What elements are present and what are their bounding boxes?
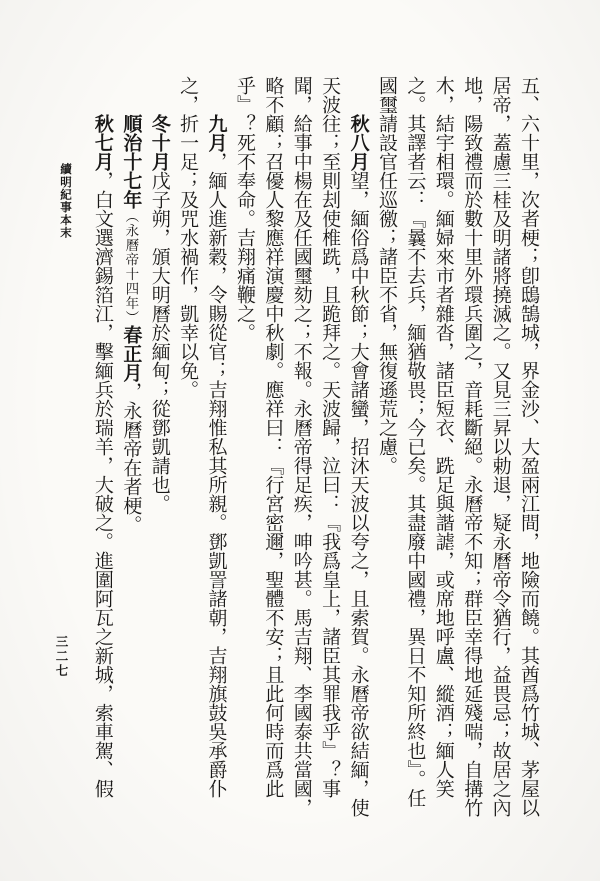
paragraph-shunzhi-17th-year: 順治十七年（永曆帝十四年）春正月，永曆帝在者梗。 [116, 76, 144, 826]
paragraph-text: 望，緬俗爲中秋節；大會諸蠻，招沐天波以夸之，且索賀。永曆帝欲結緬，使天波往；至則… [234, 76, 369, 817]
date-heading: 春正月 [120, 325, 141, 382]
book-page: 續明紀事本末 三二七 五、六十里，次者梗；卽鴟鵠城，界金沙、大盈兩江間，地險而饒… [0, 0, 600, 881]
date-heading: 九月 [206, 114, 227, 152]
date-heading: 冬十月 [149, 114, 170, 171]
page-number: 三二七 [51, 635, 71, 679]
text-block: 五、六十里，次者梗；卽鴟鵠城，界金沙、大盈兩江間，地險而饒。其酋爲竹城、茅屋以居… [88, 76, 543, 826]
paragraph-text: 戊子朔，頒大明曆於緬甸；從鄧凱請也。 [149, 171, 170, 513]
era-note: （永曆帝十四年） [123, 209, 138, 325]
date-heading: 秋七月 [92, 114, 113, 171]
date-heading: 秋八月 [348, 114, 369, 171]
era-heading: 順治十七年 [120, 114, 141, 209]
paragraph-text: ，永曆帝在者梗。 [120, 382, 141, 534]
paragraph-continuation: 五、六十里，次者梗；卽鴟鵠城，界金沙、大盈兩江間，地險而饒。其酋爲竹城、茅屋以居… [372, 76, 542, 826]
paragraph-autumn-7th-month: 秋七月，白文選濟錫箔江，擊緬兵於瑞羊，大破之。進圍阿瓦之新城，索車駕、假 [88, 76, 116, 826]
paragraph-text: ，白文選濟錫箔江，擊緬兵於瑞羊，大破之。進圍阿瓦之新城，索車駕、假 [92, 171, 113, 798]
running-title: 續明紀事本末 [54, 163, 76, 239]
paragraph-text: ，緬人進新穀，令賜從官；吉翔惟私其所親。鄧凱詈諸朝，吉翔旗鼓吳承爵仆之，折一足；… [177, 76, 226, 798]
paragraph-winter-10th-month: 冬十月戊子朔，頒大明曆於緬甸；從鄧凱請也。 [144, 76, 172, 826]
paragraph-9th-month: 九月，緬人進新穀，令賜從官；吉翔惟私其所親。鄧凱詈諸朝，吉翔旗鼓吳承爵仆之，折一… [173, 76, 230, 826]
paragraph-autumn-8th-month: 秋八月望，緬俗爲中秋節；大會諸蠻，招沐天波以夸之，且索賀。永曆帝欲結緬，使天波往… [230, 76, 372, 826]
